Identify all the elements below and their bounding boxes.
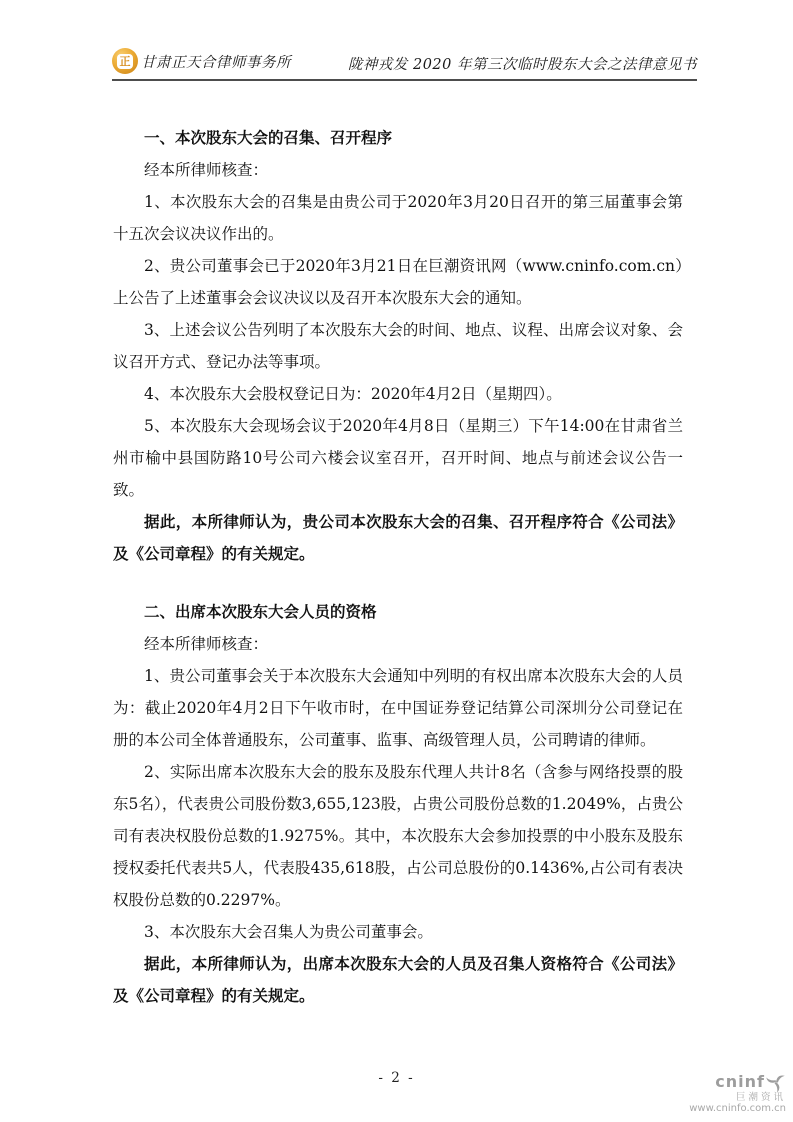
section-1-paragraph: 5、本次股东大会现场会议于2020年4月8日（星期三）下午14:00在甘肃省兰州… <box>113 410 683 506</box>
document-page: 正 甘肃正天合律师事务所 陇神戎发 2020 年第三次临时股东大会之法律意见书 … <box>0 0 793 1122</box>
document-title: 陇神戎发 2020 年第三次临时股东大会之法律意见书 <box>348 53 697 74</box>
cninfo-logo-text: cninf <box>715 1072 765 1091</box>
section-1-paragraph: 经本所律师核查： <box>113 154 683 186</box>
document-body: 一、本次股东大会的召集、召开程序 经本所律师核查： 1、本次股东大会的召集是由贵… <box>113 86 683 1012</box>
section-1-paragraph: 2、贵公司董事会已于2020年3月21日在巨潮资讯网（www.cninfo.co… <box>113 250 683 314</box>
header-left: 正 甘肃正天合律师事务所 <box>112 48 291 74</box>
section-2-paragraph: 2、实际出席本次股东大会的股东及股东代理人共计8名（含参与网络投票的股东5名），… <box>113 756 683 916</box>
cninfo-url: www.cninfo.com.cn <box>689 1103 786 1115</box>
section-1-heading: 一、本次股东大会的召集、召开程序 <box>113 122 683 154</box>
page-number: - 2 - <box>0 1070 793 1086</box>
section-1-paragraph: 1、本次股东大会的召集是由贵公司于2020年3月20日召开的第三届董事会第十五次… <box>113 186 683 250</box>
section-2-heading: 二、出席本次股东大会人员的资格 <box>113 596 683 628</box>
cninfo-watermark-top: cninf <box>689 1072 786 1092</box>
law-firm-logo-icon: 正 <box>112 48 138 74</box>
law-firm-logo-glyph: 正 <box>117 54 133 69</box>
section-2-paragraph: 3、本次股东大会召集人为贵公司董事会。 <box>113 916 683 948</box>
section-2-conclusion: 据此，本所律师认为，出席本次股东大会的人员及召集人资格符合《公司法》及《公司章程… <box>113 948 683 1012</box>
section-2-paragraph: 1、贵公司董事会关于本次股东大会通知中列明的有权出席本次股东大会的人员为：截止2… <box>113 660 683 756</box>
cninfo-brand-name: 巨潮资讯 <box>689 1092 786 1103</box>
section-1-paragraph: 4、本次股东大会股权登记日为：2020年4月2日（星期四）。 <box>113 378 683 410</box>
firm-name: 甘肃正天合律师事务所 <box>141 51 291 72</box>
cninfo-watermark: cninf 巨潮资讯 www.cninfo.com.cn <box>689 1072 786 1115</box>
section-2-paragraph: 经本所律师核查： <box>113 628 683 660</box>
section-1-paragraph: 3、上述会议公告列明了本次股东大会的时间、地点、议程、出席会议对象、会议召开方式… <box>113 314 683 378</box>
page-header: 正 甘肃正天合律师事务所 陇神戎发 2020 年第三次临时股东大会之法律意见书 <box>112 48 697 81</box>
section-1-conclusion: 据此，本所律师认为，贵公司本次股东大会的召集、召开程序符合《公司法》及《公司章程… <box>113 506 683 570</box>
cninfo-pinwheel-icon <box>766 1072 786 1092</box>
